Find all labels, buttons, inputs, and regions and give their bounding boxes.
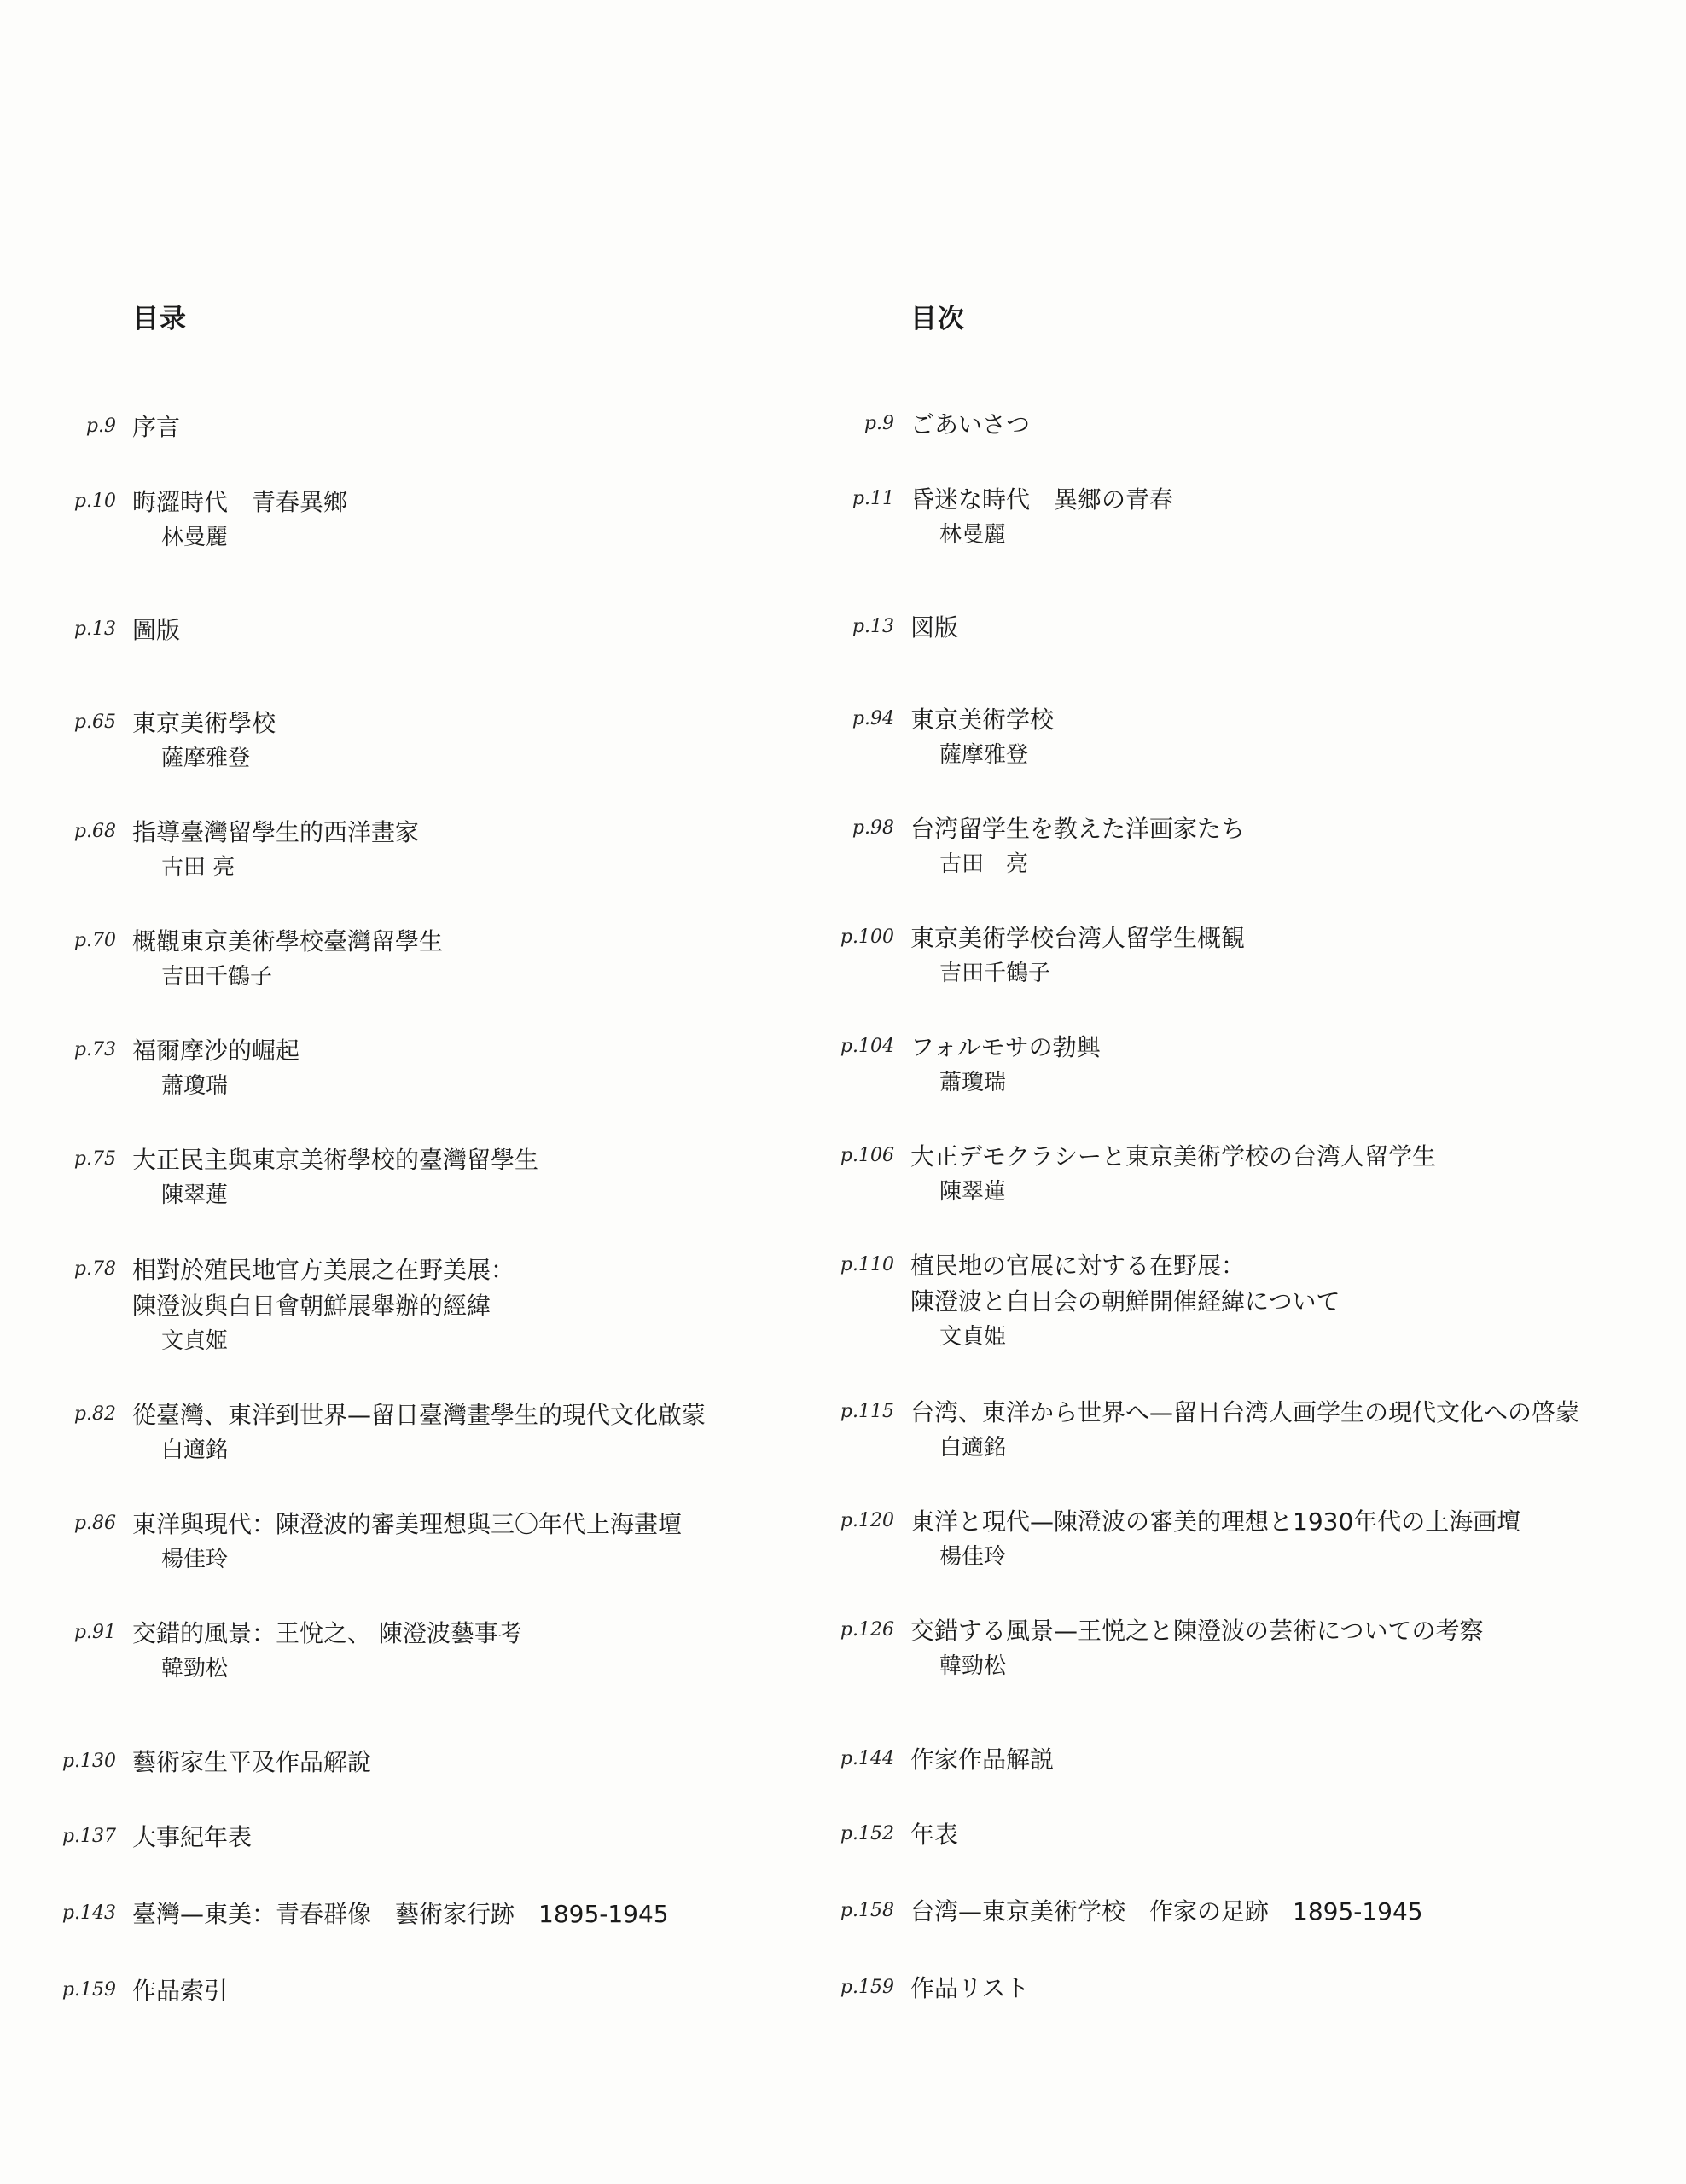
entry-title: フォルモサの勃興蕭瓊瑞 <box>910 1030 1101 1100</box>
entry-author: 陳翠蓮 <box>910 1175 1436 1209</box>
entry-title-line: 台湾、東洋から世界へ—留日台湾人画学生の現代文化への啓蒙 <box>910 1395 1579 1431</box>
entry-author: 楊佳玲 <box>910 1540 1520 1574</box>
entry-title-line: 福爾摩沙的崛起 <box>132 1033 299 1069</box>
entry-author: 薩摩雅登 <box>910 738 1054 772</box>
entry-title-line: 作家作品解説 <box>910 1742 1054 1778</box>
page-number: p.120 <box>826 1504 894 1538</box>
page-number: p.9 <box>48 409 116 444</box>
entry-title-line: 概觀東京美術學校臺灣留學生 <box>132 924 443 960</box>
entry-title-line: 指導臺灣留學生的西洋畫家 <box>132 815 419 851</box>
page-number: p.152 <box>826 1817 894 1851</box>
entry-title: 藝術家生平及作品解說 <box>132 1745 371 1780</box>
toc-column-chinese: 目录 p.9序言p.10晦澀時代 青春異鄉林曼麗p.13圖版p.65東京美術學校… <box>0 0 819 2184</box>
page-number: p.98 <box>826 811 894 845</box>
entry-title: ごあいさつ <box>910 407 1030 443</box>
page-number: p.13 <box>826 610 894 644</box>
page-number: p.70 <box>48 924 116 958</box>
page-number: p.73 <box>48 1033 116 1067</box>
entry-author: 楊佳玲 <box>132 1542 682 1577</box>
entry-title: 晦澀時代 青春異鄉林曼麗 <box>132 485 347 555</box>
entry-author: 古田 亮 <box>132 851 419 885</box>
entry-author: 文貞姬 <box>132 1324 515 1358</box>
entry-title: 台湾—東京美術学校 作家の足跡 1895-1945 <box>910 1894 1423 1930</box>
toc-heading: 目次 <box>910 297 965 335</box>
entry-title: 交錯する風景—王悦之と陳澄波の芸術についての考察韓勁松 <box>910 1613 1483 1683</box>
entry-title-line: 藝術家生平及作品解說 <box>132 1745 371 1780</box>
entry-author: 吉田千鶴子 <box>132 960 443 994</box>
entry-title: 東京美術学校台湾人留学生概観吉田千鶴子 <box>910 921 1245 990</box>
page-number: p.137 <box>48 1820 116 1854</box>
entry-title: 概觀東京美術學校臺灣留學生吉田千鶴子 <box>132 924 443 994</box>
entry-title-line: 植民地の官展に対する在野展： <box>910 1248 1340 1284</box>
entry-title: 図版 <box>910 610 958 646</box>
entry-title-line: 東京美術學校 <box>132 706 276 741</box>
entry-title-line: 大正デモクラシーと東京美術学校の台湾人留学生 <box>910 1139 1436 1175</box>
page-number: p.130 <box>48 1745 116 1779</box>
entry-author: 蕭瓊瑞 <box>132 1069 299 1103</box>
page-number: p.104 <box>826 1030 894 1064</box>
entry-title: 植民地の官展に対する在野展：陳澄波と白日会の朝鮮開催経緯について文貞姫 <box>910 1248 1340 1354</box>
page-number: p.143 <box>48 1896 116 1931</box>
page-number: p.94 <box>826 702 894 736</box>
entry-title-line: フォルモサの勃興 <box>910 1030 1101 1066</box>
entry-title: 序言 <box>132 409 180 445</box>
entry-title: 指導臺灣留學生的西洋畫家古田 亮 <box>132 815 419 885</box>
entry-author: 韓勁松 <box>910 1649 1483 1683</box>
page-number: p.100 <box>826 921 894 955</box>
entry-title-line: ごあいさつ <box>910 407 1030 443</box>
entry-title: 作品リスト <box>910 1971 1029 2007</box>
entry-title-line: 東洋と現代—陳澄波の審美的理想と1930年代の上海画壇 <box>910 1504 1520 1540</box>
entry-title-line: 東京美術学校台湾人留学生概観 <box>910 921 1245 956</box>
entry-title-line: 交錯的風景：王悅之、 陳澄波藝事考 <box>132 1616 522 1652</box>
entry-title: 圖版 <box>132 613 180 648</box>
entry-title: 台湾留学生を教えた洋画家たち古田 亮 <box>910 811 1245 881</box>
entry-title-line: 台湾留学生を教えた洋画家たち <box>910 811 1245 847</box>
page-number: p.158 <box>826 1894 894 1928</box>
entry-title: 相對於殖民地官方美展之在野美展：陳澄波與白日會朝鮮展舉辦的經緯文貞姬 <box>132 1252 515 1358</box>
entry-title-line: 昏迷な時代 異郷の青春 <box>910 482 1173 518</box>
entry-author: 文貞姫 <box>910 1320 1340 1354</box>
entry-author: 韓勁松 <box>132 1652 522 1686</box>
page-number: p.115 <box>826 1395 894 1429</box>
entry-title-line: 東洋與現代：陳澄波的審美理想與三〇年代上海畫壇 <box>132 1507 682 1542</box>
entry-title: 臺灣—東美：青春群像 藝術家行跡 1895-1945 <box>132 1896 669 1932</box>
entry-title-line: 陳澄波與白日會朝鮮展舉辦的經緯 <box>132 1288 515 1324</box>
entry-title-line: 大事紀年表 <box>132 1820 252 1856</box>
entry-author: 林曼麗 <box>132 520 347 555</box>
entry-title-line: 作品リスト <box>910 1971 1029 2007</box>
entry-title-line: 東京美術学校 <box>910 702 1054 738</box>
entry-title: 作家作品解説 <box>910 1742 1054 1778</box>
page-number: p.9 <box>826 407 894 441</box>
page-number: p.65 <box>48 706 116 740</box>
entry-title: 年表 <box>910 1817 958 1853</box>
entry-title-line: 年表 <box>910 1817 958 1853</box>
page-number: p.91 <box>48 1616 116 1650</box>
page-number: p.110 <box>826 1248 894 1282</box>
entry-title-line: 臺灣—東美：青春群像 藝術家行跡 1895-1945 <box>132 1896 669 1932</box>
entry-title-line: 序言 <box>132 409 180 445</box>
page-number: p.78 <box>48 1252 116 1287</box>
entry-title: 大事紀年表 <box>132 1820 252 1856</box>
entry-title: 福爾摩沙的崛起蕭瓊瑞 <box>132 1033 299 1103</box>
page-number: p.82 <box>48 1397 116 1432</box>
entry-title-line: 陳澄波と白日会の朝鮮開催経緯について <box>910 1284 1340 1320</box>
entry-author: 白適銘 <box>910 1431 1579 1465</box>
page-number: p.159 <box>826 1971 894 2005</box>
entry-title-line: 作品索引 <box>132 1973 228 2009</box>
entry-title-line: 大正民主與東京美術學校的臺灣留學生 <box>132 1142 538 1178</box>
entry-title-line: 台湾—東京美術学校 作家の足跡 1895-1945 <box>910 1894 1423 1930</box>
page-number: p.11 <box>826 482 894 516</box>
page-number: p.106 <box>826 1139 894 1173</box>
entry-title: 東京美術學校薩摩雅登 <box>132 706 276 775</box>
entry-title: 交錯的風景：王悅之、 陳澄波藝事考韓勁松 <box>132 1616 522 1686</box>
toc-column-japanese: 目次 p.9ごあいさつp.11昏迷な時代 異郷の青春林曼麗p.13図版p.94東… <box>819 0 1686 2184</box>
entry-title: 東京美術学校薩摩雅登 <box>910 702 1054 772</box>
entry-title-line: 從臺灣、東洋到世界—留日臺灣畫學生的現代文化啟蒙 <box>132 1397 706 1433</box>
entry-author: 林曼麗 <box>910 518 1173 552</box>
entry-author: 白適銘 <box>132 1433 706 1467</box>
entry-title: 大正民主與東京美術學校的臺灣留學生陳翠蓮 <box>132 1142 538 1212</box>
entry-author: 薩摩雅登 <box>132 741 276 775</box>
page-number: p.75 <box>48 1142 116 1176</box>
page-number: p.86 <box>48 1507 116 1541</box>
entry-title: 作品索引 <box>132 1973 228 2009</box>
page-number: p.68 <box>48 815 116 849</box>
entry-author: 吉田千鶴子 <box>910 956 1245 990</box>
page-number: p.144 <box>826 1742 894 1776</box>
entry-title-line: 相對於殖民地官方美展之在野美展： <box>132 1252 515 1288</box>
entry-title: 從臺灣、東洋到世界—留日臺灣畫學生的現代文化啟蒙白適銘 <box>132 1397 706 1467</box>
page-number: p.13 <box>48 613 116 647</box>
entry-title: 台湾、東洋から世界へ—留日台湾人画学生の現代文化への啓蒙白適銘 <box>910 1395 1579 1465</box>
entry-title: 大正デモクラシーと東京美術学校の台湾人留学生陳翠蓮 <box>910 1139 1436 1209</box>
page-number: p.10 <box>48 485 116 519</box>
toc-heading: 目录 <box>132 297 187 335</box>
entry-title: 東洋と現代—陳澄波の審美的理想と1930年代の上海画壇楊佳玲 <box>910 1504 1520 1574</box>
entry-title-line: 図版 <box>910 610 958 646</box>
entry-title-line: 交錯する風景—王悦之と陳澄波の芸術についての考察 <box>910 1613 1483 1649</box>
page-number: p.159 <box>48 1973 116 2007</box>
entry-author: 蕭瓊瑞 <box>910 1066 1101 1100</box>
entry-title-line: 圖版 <box>132 613 180 648</box>
entry-author: 古田 亮 <box>910 847 1245 881</box>
entry-title: 昏迷な時代 異郷の青春林曼麗 <box>910 482 1173 552</box>
page-number: p.126 <box>826 1613 894 1647</box>
entry-title-line: 晦澀時代 青春異鄉 <box>132 485 347 520</box>
entry-author: 陳翠蓮 <box>132 1178 538 1212</box>
entry-title: 東洋與現代：陳澄波的審美理想與三〇年代上海畫壇楊佳玲 <box>132 1507 682 1577</box>
